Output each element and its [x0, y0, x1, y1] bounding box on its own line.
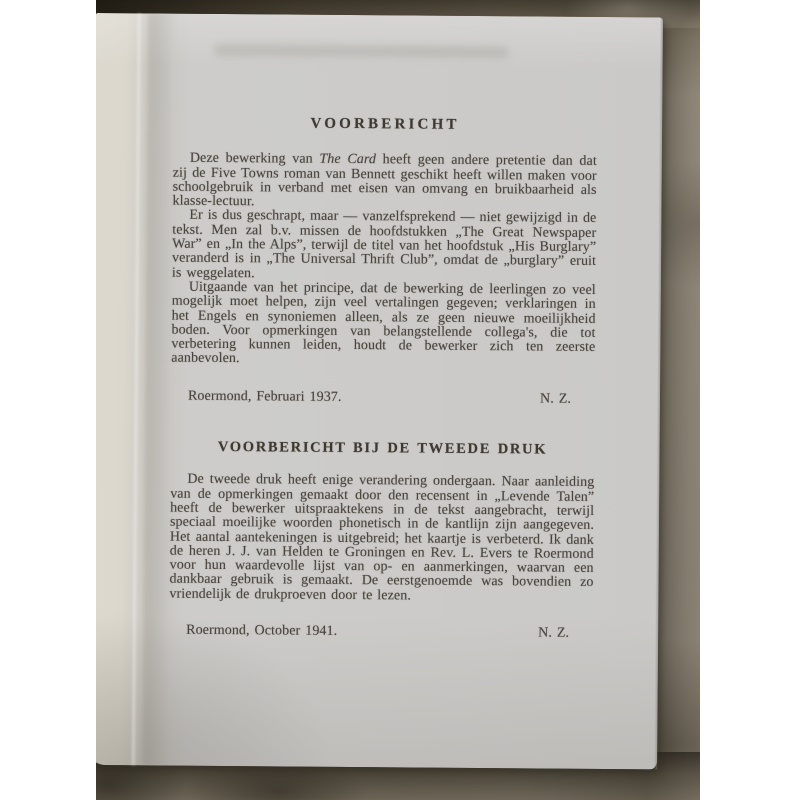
second-preface-heading: VOORBERICHT BIJ DE TWEEDE DRUK — [171, 440, 595, 458]
photo-background-table: VOORBERICHT Deze bewerking van The Card … — [96, 0, 701, 800]
author-initials-1: N. Z. — [540, 392, 595, 407]
printed-text-block: VOORBERICHT Deze bewerking van The Card … — [169, 116, 597, 642]
preface-paragraph-4: De tweede druk heeft enige verandering o… — [169, 473, 594, 605]
dateline-first-edition: Roermond, Februari 1937. N. Z. — [171, 389, 595, 407]
book-title-italic: The Card — [319, 152, 376, 167]
place-date-1937: Roermond, Februari 1937. — [188, 389, 342, 405]
place-date-1941: Roermond, October 1941. — [186, 624, 337, 639]
page-ink-showthrough — [214, 44, 509, 58]
preface-heading: VOORBERICHT — [173, 116, 597, 134]
white-margin-right — [700, 0, 800, 800]
page-fold-highlight — [132, 13, 142, 765]
dateline-second-edition: Roermond, October 1941. N. Z. — [169, 624, 593, 642]
page-right-edge — [654, 17, 663, 769]
author-initials-2: N. Z. — [538, 627, 593, 642]
preface-paragraph-2: Er is dus geschrapt, maar — vanzelfsprek… — [172, 209, 597, 284]
photo-of-book-page: VOORBERICHT Deze bewerking van The Card … — [0, 0, 800, 800]
book-page: VOORBERICHT Deze bewerking van The Card … — [96, 13, 663, 769]
preface-paragraph-3: Uitgaande van het principe, dat de bewer… — [171, 281, 596, 370]
white-margin-left — [0, 0, 96, 800]
preface-paragraph-1: Deze bewerking van The Card heeft geen a… — [172, 152, 596, 213]
